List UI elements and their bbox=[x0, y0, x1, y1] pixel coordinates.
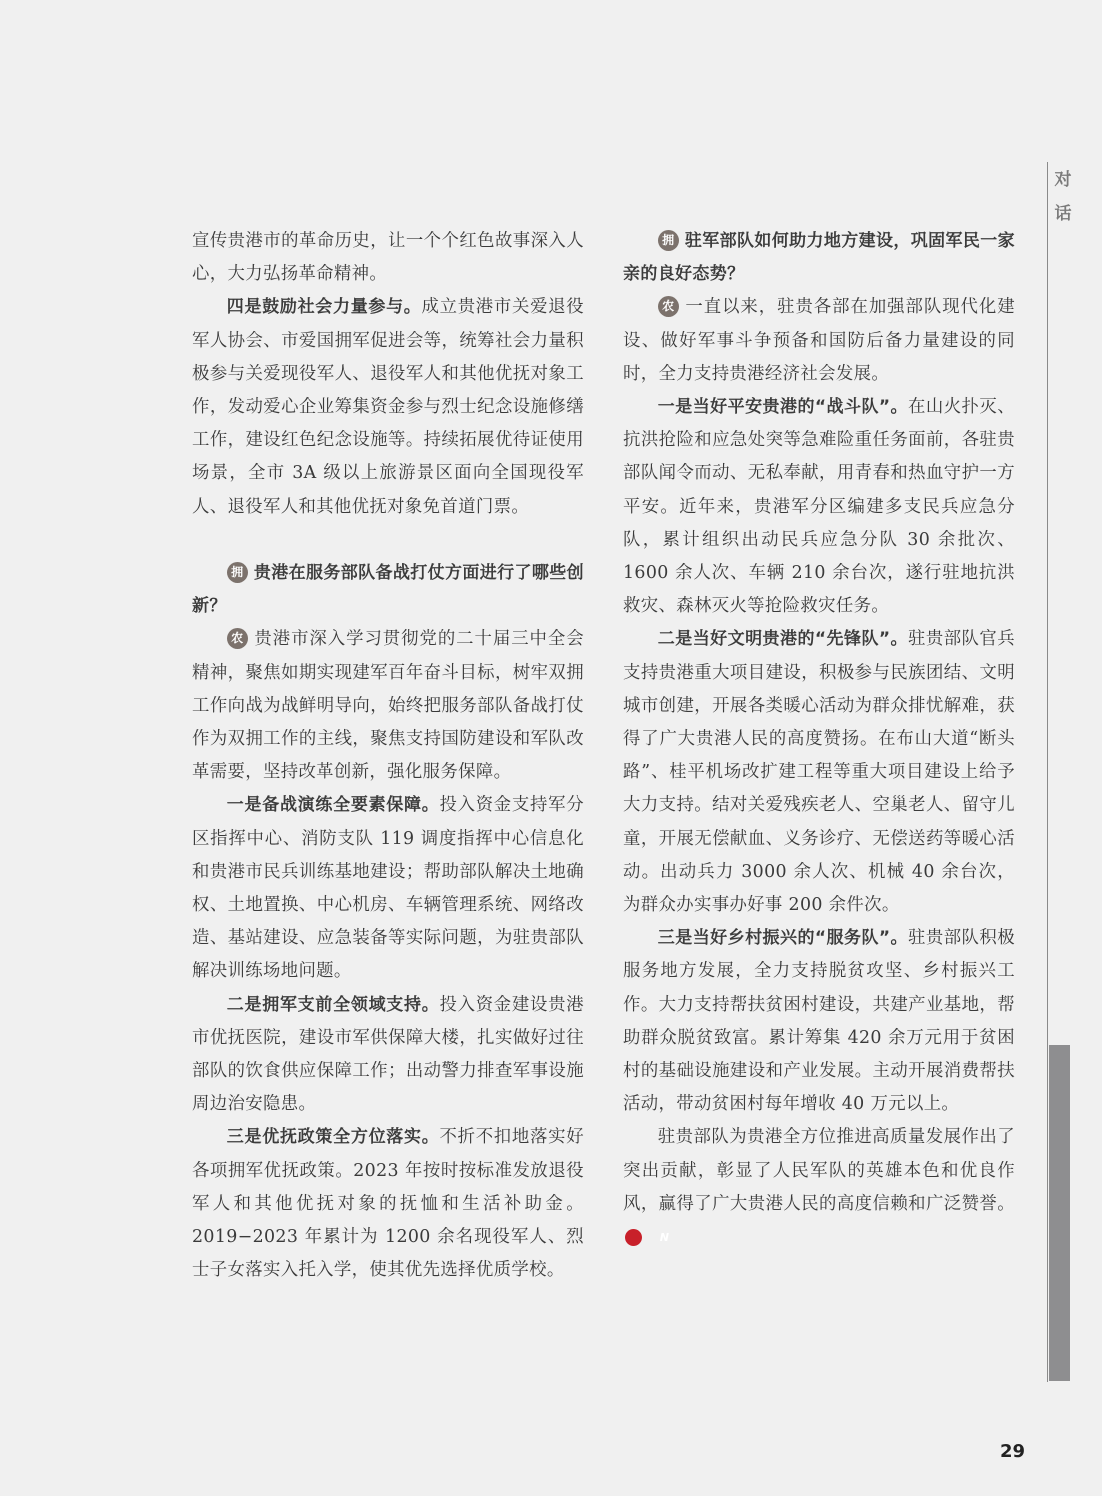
spacer bbox=[192, 524, 584, 557]
paragraph: 四是鼓励社会力量参与。成立贵港市关爱退役军人协会、市爱国拥军促进会等，统筹社会力… bbox=[192, 291, 584, 523]
paragraph-lead: 一是当好平安贵港的“战斗队”。 bbox=[658, 397, 908, 417]
left-column: 宣传贵港市的革命历史，让一个个红色故事深入人心，大力弘扬革命精神。 四是鼓励社会… bbox=[192, 225, 584, 1287]
paragraph: 驻贵部队为贵港全方位推进高质量发展作出了突出贡献，彰显了人民军队的英雄本色和优良… bbox=[623, 1121, 1015, 1254]
question-text: 贵港在服务部队备战打仗方面进行了哪些创新？ bbox=[192, 563, 584, 616]
margin-rule bbox=[1047, 162, 1048, 1382]
paragraph-body: 驻贵部队积极服务地方发展，全力支持脱贫攻坚、乡村振兴工作。大力支持帮扶贫困村建设… bbox=[623, 928, 1015, 1114]
paragraph-lead: 三是当好乡村振兴的“服务队”。 bbox=[658, 928, 908, 948]
answer: 农贵港市深入学习贯彻党的二十届三中全会精神，聚焦如期实现建军百年奋斗目标，树牢双… bbox=[192, 623, 584, 789]
question-badge-icon: 拥 bbox=[227, 562, 248, 583]
paragraph-lead: 一是备战演练全要素保障。 bbox=[227, 795, 440, 815]
paragraph-body: 成立贵港市关爱退役军人协会、市爱国拥军促进会等，统筹社会力量积极参与关爱现役军人… bbox=[192, 297, 584, 516]
question-badge-icon: 拥 bbox=[658, 230, 679, 251]
article-end-icon: N bbox=[625, 1229, 642, 1246]
question: 拥贵港在服务部队备战打仗方面进行了哪些创新？ bbox=[192, 557, 584, 623]
section-tag: 对 话 bbox=[1052, 163, 1074, 231]
paragraph-lead: 四是鼓励社会力量参与。 bbox=[227, 297, 422, 317]
question: 拥驻军部队如何助力地方建设，巩固军民一家亲的良好态势？ bbox=[623, 225, 1015, 291]
paragraph-lead: 二是拥军支前全领域支持。 bbox=[227, 995, 440, 1015]
question-text: 驻军部队如何助力地方建设，巩固军民一家亲的良好态势？ bbox=[623, 231, 1015, 284]
paragraph: 三是当好乡村振兴的“服务队”。驻贵部队积极服务地方发展，全力支持脱贫攻坚、乡村振… bbox=[623, 922, 1015, 1121]
paragraph-lead: 二是当好文明贵港的“先锋队”。 bbox=[658, 629, 908, 649]
page-number: 29 bbox=[1000, 1441, 1025, 1462]
section-tag-char-2: 话 bbox=[1052, 197, 1074, 231]
answer: 农一直以来，驻贵各部在加强部队现代化建设、做好军事斗争预备和国防后备力量建设的同… bbox=[623, 291, 1015, 391]
paragraph: 一是当好平安贵港的“战斗队”。在山火扑灭、抗洪抢险和应急处突等急难险重任务面前，… bbox=[623, 391, 1015, 623]
paragraph: 一是备战演练全要素保障。投入资金支持军分区指挥中心、消防支队 119 调度指挥中… bbox=[192, 789, 584, 988]
paragraph: 二是当好文明贵港的“先锋队”。驻贵部队官兵支持贵港重大项目建设，积极参与民族团结… bbox=[623, 623, 1015, 922]
section-tag-char-1: 对 bbox=[1052, 163, 1074, 197]
answer-badge-icon: 农 bbox=[658, 296, 679, 317]
paragraph: 宣传贵港市的革命历史，让一个个红色故事深入人心，大力弘扬革命精神。 bbox=[192, 225, 584, 291]
answer-badge-icon: 农 bbox=[227, 628, 248, 649]
answer-text: 一直以来，驻贵各部在加强部队现代化建设、做好军事斗争预备和国防后备力量建设的同时… bbox=[623, 297, 1015, 383]
paragraph-body: 驻贵部队官兵支持贵港重大项目建设，积极参与民族团结、文明城市创建，开展各类暖心活… bbox=[623, 629, 1015, 915]
paragraph: 三是优抚政策全方位落实。不折不扣地落实好各项拥军优抚政策。2023 年按时按标准… bbox=[192, 1121, 584, 1287]
answer-text: 贵港市深入学习贯彻党的二十届三中全会精神，聚焦如期实现建军百年奋斗目标，树牢双拥… bbox=[192, 629, 584, 782]
paragraph-body: 在山火扑灭、抗洪抢险和应急处突等急难险重任务面前，各驻贵部队闻令而动、无私奉献，… bbox=[623, 397, 1015, 616]
section-thumb-bar bbox=[1049, 1045, 1070, 1381]
paragraph-body: 驻贵部队为贵港全方位推进高质量发展作出了突出贡献，彰显了人民军队的英雄本色和优良… bbox=[623, 1127, 1015, 1213]
paragraph-body: 投入资金支持军分区指挥中心、消防支队 119 调度指挥中心信息化和贵港市民兵训练… bbox=[192, 795, 584, 981]
paragraph: 二是拥军支前全领域支持。投入资金建设贵港市优抚医院，建设市军供保障大楼，扎实做好… bbox=[192, 989, 584, 1122]
right-column: 拥驻军部队如何助力地方建设，巩固军民一家亲的良好态势？ 农一直以来，驻贵各部在加… bbox=[623, 225, 1015, 1254]
paragraph-body: 不折不扣地落实好各项拥军优抚政策。2023 年按时按标准发放退役军人和其他优抚对… bbox=[192, 1127, 584, 1280]
paragraph-lead: 三是优抚政策全方位落实。 bbox=[227, 1127, 440, 1147]
